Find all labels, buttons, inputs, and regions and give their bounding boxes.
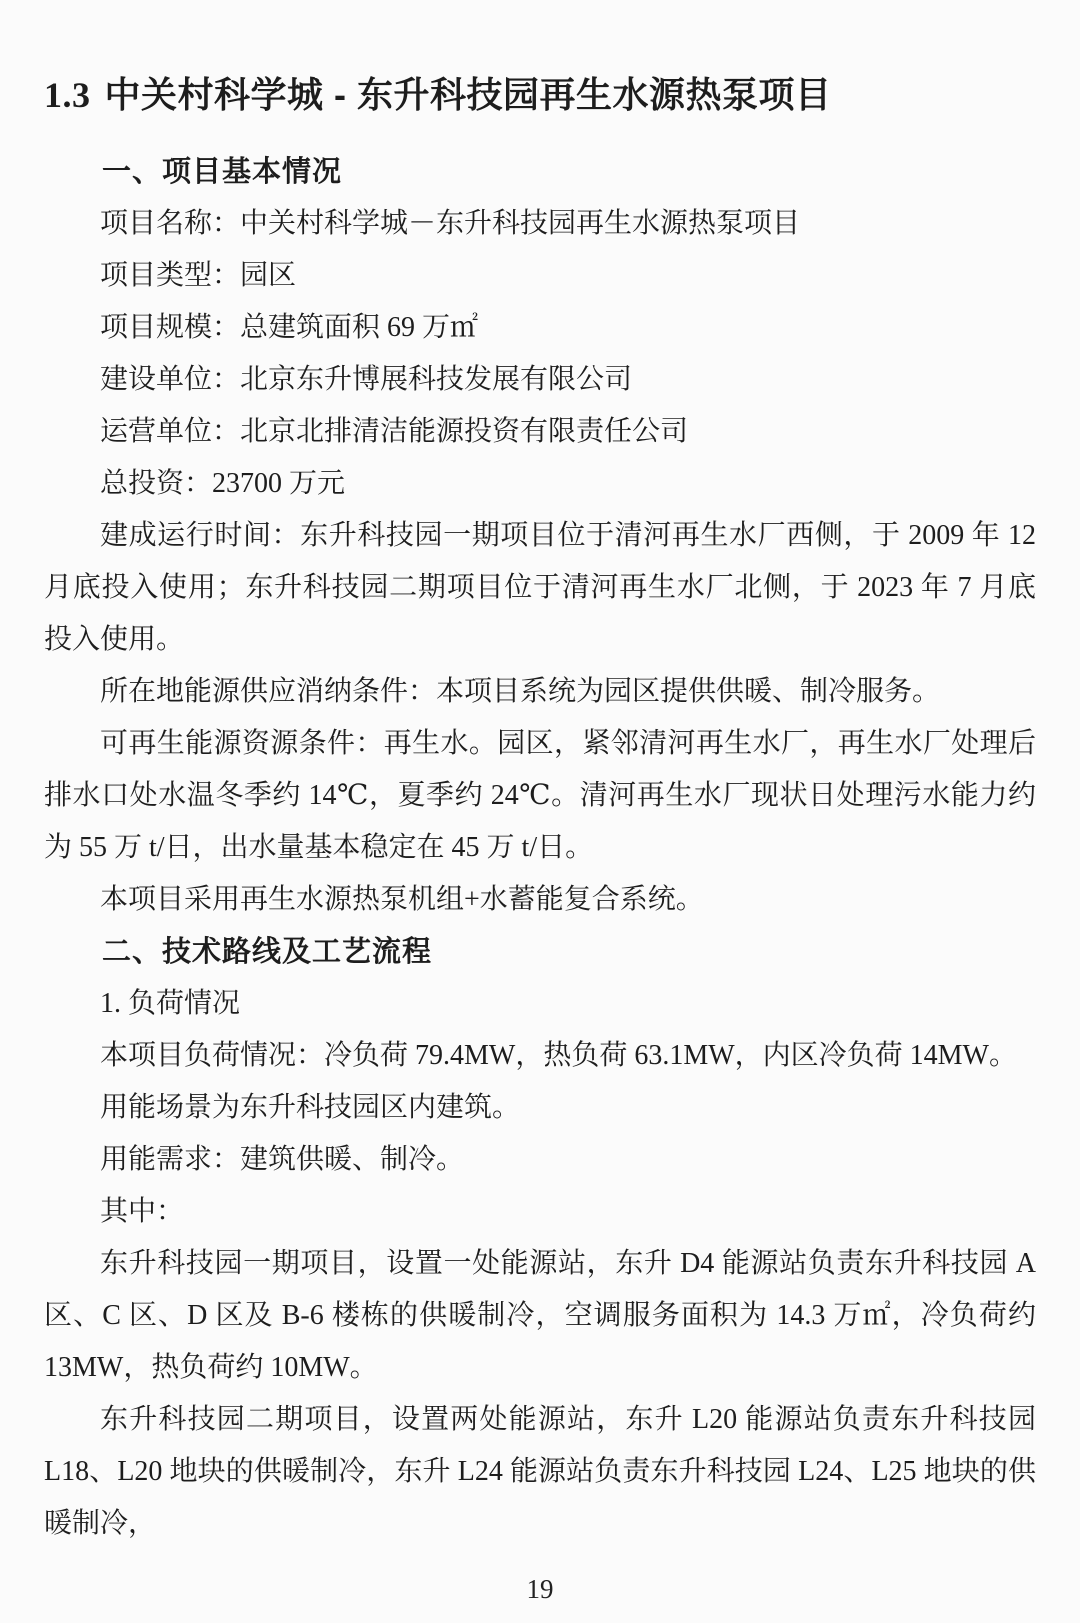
page-title: 1.3中关村科学城 - 东升科技园再生水源热泵项目 [44, 70, 1036, 120]
para-phase1-project: 东升科技园一期项目，设置一处能源站，东升 D4 能源站负责东升科技园 A 区、C… [44, 1238, 1036, 1394]
para-project-name: 项目名称：中关村科学城－东升科技园再生水源热泵项目 [44, 198, 1036, 250]
para-among-which: 其中： [44, 1186, 1036, 1238]
section-number: 1.3 [44, 75, 91, 115]
para-operation-time: 建成运行时间：东升科技园一期项目位于清河再生水厂西侧，于 2009 年 12 月… [44, 510, 1036, 666]
para-project-type: 项目类型：园区 [44, 250, 1036, 302]
para-operation-unit: 运营单位：北京北排清洁能源投资有限责任公司 [44, 406, 1036, 458]
para-load-situation: 本项目负荷情况：冷负荷 79.4MW，热负荷 63.1MW，内区冷负荷 14MW… [44, 1030, 1036, 1082]
section-title-text: 中关村科学城 - 东升科技园再生水源热泵项目 [105, 74, 832, 115]
para-total-investment: 总投资：23700 万元 [44, 458, 1036, 510]
para-phase2-project: 东升科技园二期项目，设置两处能源站，东升 L20 能源站负责东升科技园 L18、… [44, 1394, 1036, 1550]
section1-heading: 一、项目基本情况 [44, 146, 1036, 198]
para-energy-supply-conditions: 所在地能源供应消纳条件：本项目系统为园区提供供暖、制冷服务。 [44, 666, 1036, 718]
section2-subheading: 1. 负荷情况 [44, 978, 1036, 1030]
page-number: 19 [0, 1573, 1080, 1605]
para-renewable-resource-conditions: 可再生能源资源条件：再生水。园区，紧邻清河再生水厂，再生水厂处理后排水口处水温冬… [44, 718, 1036, 874]
para-energy-demand: 用能需求：建筑供暖、制冷。 [44, 1134, 1036, 1186]
document-page: 1.3中关村科学城 - 东升科技园再生水源热泵项目 一、项目基本情况 项目名称：… [0, 0, 1080, 1623]
para-project-scale: 项目规模：总建筑面积 69 万㎡ [44, 302, 1036, 354]
para-usage-scenario: 用能场景为东升科技园区内建筑。 [44, 1082, 1036, 1134]
para-construction-unit: 建设单位：北京东升博展科技发展有限公司 [44, 354, 1036, 406]
para-system-description: 本项目采用再生水源热泵机组+水蓄能复合系统。 [44, 874, 1036, 926]
section2-heading: 二、技术路线及工艺流程 [44, 926, 1036, 978]
